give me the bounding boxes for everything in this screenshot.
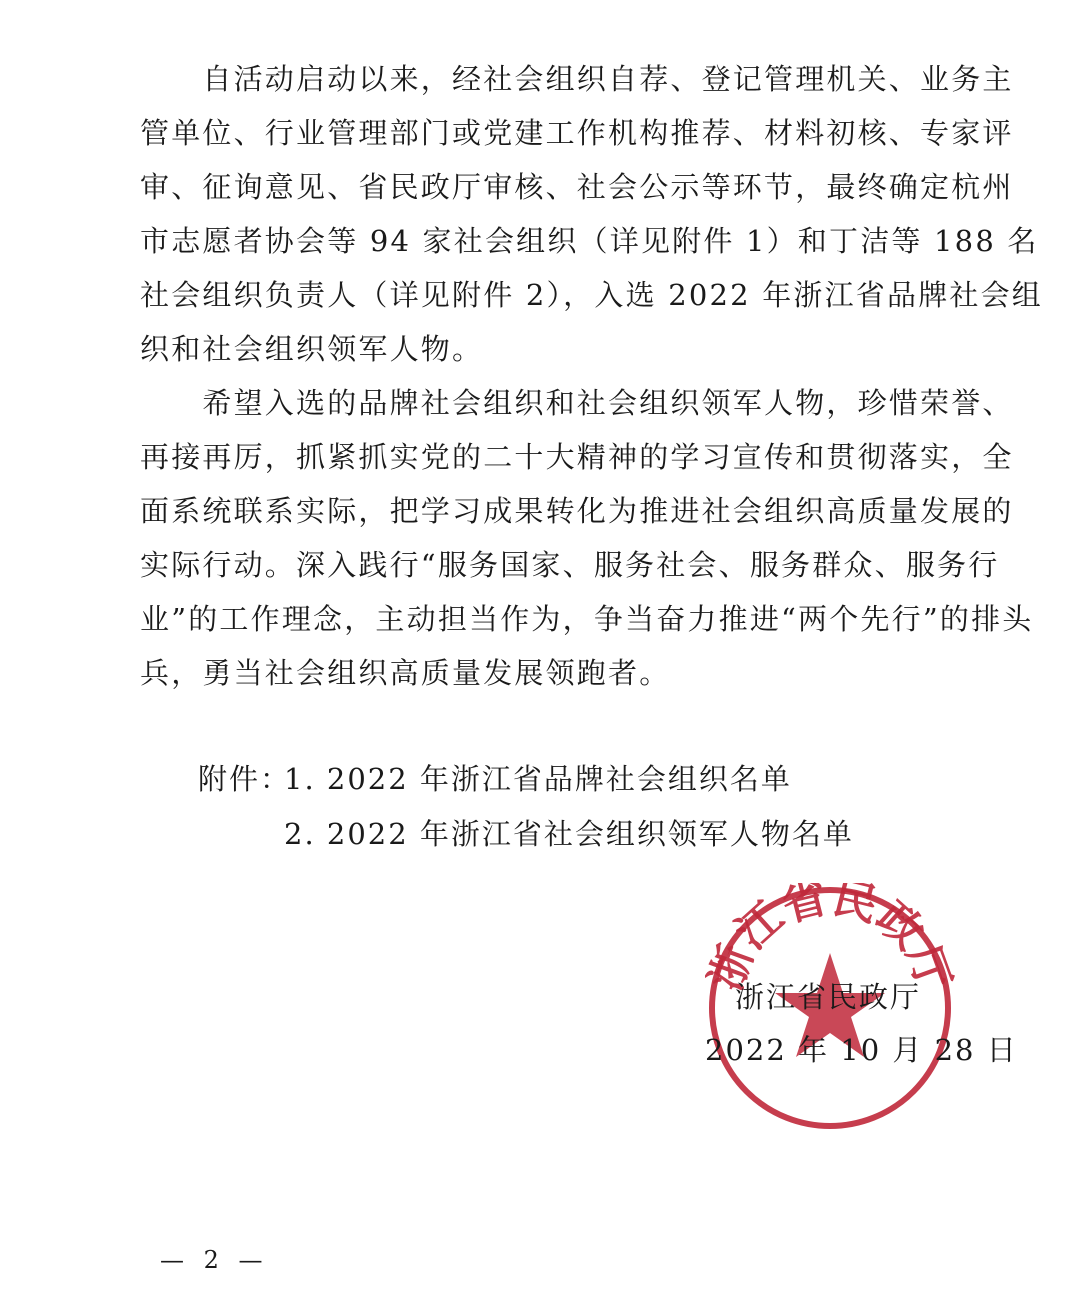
- paragraph-selection-process: 自活动启动以来，经社会组织自荐、登记管理机关、业务主 管单位、行业管理部门或党建…: [140, 52, 940, 376]
- text-line: 业”的工作理念，主动担当作为，争当奋力推进“两个先行”的排头: [140, 592, 940, 646]
- text-line: 审、征询意见、省民政厅审核、社会公示等环节，最终确定杭州: [140, 160, 940, 214]
- signature-organization: 浙江省民政厅: [735, 975, 921, 1016]
- text-line: 兵，勇当社会组织高质量发展领跑者。: [140, 646, 940, 700]
- text-line: 希望入选的品牌社会组织和社会组织领军人物，珍惜荣誉、: [140, 376, 940, 430]
- attachment-item-2: 2. 2022 年浙江省社会组织领军人物名单: [284, 812, 854, 853]
- text-line: 面系统联系实际，把学习成果转化为推进社会组织高质量发展的: [140, 484, 940, 538]
- attachment-item-1: 1. 2022 年浙江省品牌社会组织名单: [284, 757, 792, 798]
- text-line: 实际行动。深入践行“服务国家、服务社会、服务群众、服务行: [140, 538, 940, 592]
- page-number: — 2 —: [160, 1246, 269, 1274]
- text-line: 管单位、行业管理部门或党建工作机构推荐、材料初核、专家评: [140, 106, 940, 160]
- text-line: 社会组织负责人（详见附件 2），入选 2022 年浙江省品牌社会组: [140, 268, 940, 322]
- text-line: 再接再厉，抓紧抓实党的二十大精神的学习宣传和贯彻落实，全: [140, 430, 940, 484]
- signature-date: 2022 年 10 月 28 日: [705, 1028, 1018, 1069]
- paragraph-expectations: 希望入选的品牌社会组织和社会组织领军人物，珍惜荣誉、 再接再厉，抓紧抓实党的二十…: [140, 376, 940, 700]
- text-line: 市志愿者协会等 94 家社会组织（详见附件 1）和丁洁等 188 名: [140, 214, 940, 268]
- text-line: 自活动启动以来，经社会组织自荐、登记管理机关、业务主: [140, 52, 940, 106]
- text-line: 织和社会组织领军人物。: [140, 322, 940, 376]
- attachments-label: 附件：: [198, 757, 291, 798]
